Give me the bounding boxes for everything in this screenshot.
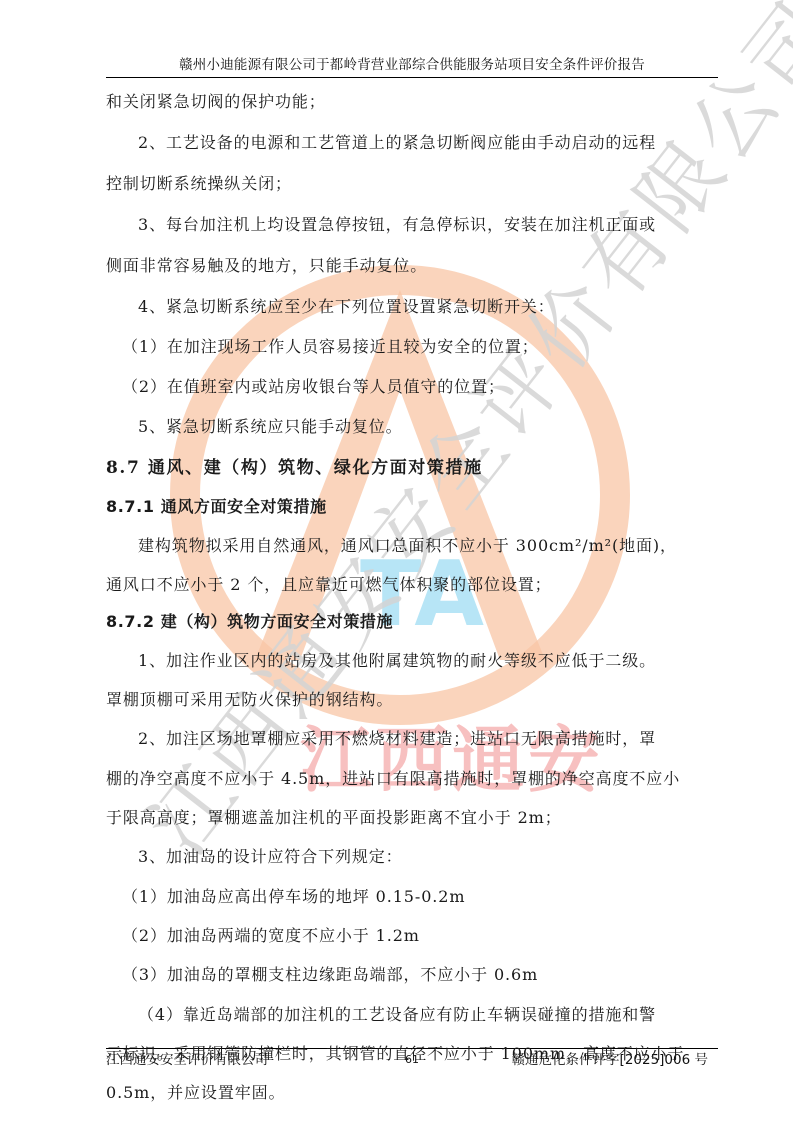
paragraph-line: 通风口不应小于 2 个，且应靠近可燃气体积聚的部位设置； xyxy=(106,573,552,597)
section-heading: 8.7 通风、建（构）筑物、绿化方面对策措施 xyxy=(106,456,483,480)
watermark-logo-icon: TA 江西通安 江西通安安全评价有限公司 xyxy=(0,0,793,1122)
list-item: 1、加注作业区内的站房及其他附属建筑物的耐火等级不应低于二级。 xyxy=(138,649,656,673)
paragraph-line: 罩棚顶棚可采用无防火保护的钢结构。 xyxy=(106,688,393,712)
paragraph-line: 控制切断系统操纵关闭； xyxy=(106,172,292,196)
list-item: 5、紧急切断系统应只能手动复位。 xyxy=(138,415,403,439)
watermark: TA 江西通安 江西通安安全评价有限公司 xyxy=(0,0,793,1122)
subsection-heading: 8.7.1 通风方面安全对策措施 xyxy=(106,495,327,519)
paragraph-line: 棚的净空高度不应小于 4.5m，进站口有限高措施时，罩棚的净空高度不应小 xyxy=(106,767,680,791)
list-item: 4、紧急切断系统应至少在下列位置设置紧急切断开关： xyxy=(138,295,555,319)
list-item: 3、加油岛的设计应符合下列规定： xyxy=(138,845,403,869)
paragraph-line: 于限高高度；罩棚遮盖加注机的平面投影距离不宜小于 2m； xyxy=(106,806,562,830)
sub-list-item: （1）在加注现场工作人员容易接近且较为安全的位置； xyxy=(122,335,539,359)
list-item: 2、工艺设备的电源和工艺管道上的紧急切断阀应能由手动启动的远程 xyxy=(138,131,656,155)
paragraph-line: 0.5m，并应设置牢固。 xyxy=(106,1081,285,1105)
sub-list-item: （2）加油岛两端的宽度不应小于 1.2m xyxy=(122,924,420,948)
list-item: （4）靠近岛端部的加注机的工艺设备应有防止车辆误碰撞的措施和警 xyxy=(138,1003,656,1027)
subsection-heading: 8.7.2 建（构）筑物方面安全对策措施 xyxy=(106,610,393,634)
sub-list-item: （1）加油岛应高出停车场的地坪 0.15-0.2m xyxy=(122,885,465,909)
paragraph-line: 侧面非常容易触及的地方，只能手动复位。 xyxy=(106,254,427,278)
paragraph-line: 和关闭紧急切阀的保护功能； xyxy=(106,90,326,114)
page-header: 赣州小迪能源有限公司于都岭背营业部综合供能服务站项目安全条件评价报告 xyxy=(106,54,718,78)
sub-list-item: （2）在值班室内或站房收银台等人员值守的位置； xyxy=(122,375,505,399)
list-item: 3、每台加注机上均设置急停按钮，有急停标识，安装在加注机正面或 xyxy=(138,213,656,237)
paragraph-line: 示标识。采用钢管防撞栏时，其钢管的直径不应小于 100mm，高度不应小于 xyxy=(106,1042,684,1066)
list-item: 建构筑物拟采用自然通风，通风口总面积不应小于 300cm²/m²(地面)， xyxy=(138,534,677,558)
header-title: 赣州小迪能源有限公司于都岭背营业部综合供能服务站项目安全条件评价报告 xyxy=(179,57,645,73)
sub-list-item: （3）加油岛的罩棚支柱边缘距岛端部，不应小于 0.6m xyxy=(122,963,538,987)
list-item: 2、加注区场地罩棚应采用不燃烧材料建造；进站口无限高措施时，罩 xyxy=(138,727,656,751)
